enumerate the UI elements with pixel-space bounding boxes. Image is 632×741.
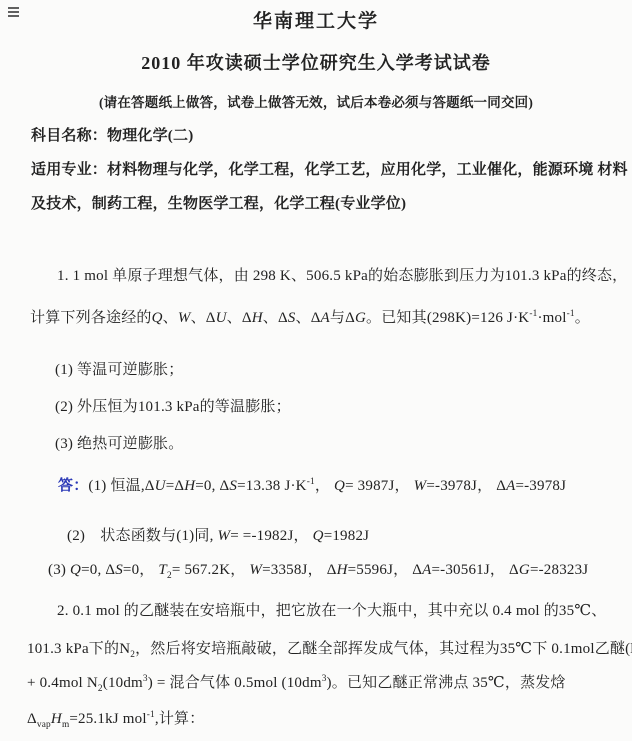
- university-title: 华南理工大学: [0, 10, 632, 34]
- question-2-text-line-1: 2. 0.1 mol 的乙醚装在安培瓶中，把它放在一个大瓶中，其中充以 0.4 …: [57, 602, 607, 621]
- question-1-item-2: (2) 外压恒为101.3 kPa的等温膨胀；: [55, 398, 291, 417]
- question-2-text-line-2: 101.3 kPa下的N2，然后将安培瓶敲破，乙醚全部挥发成气体，其过程为35℃…: [27, 640, 632, 659]
- exam-paper-page: 华南理工大学 2010 年攻读硕士学位研究生入学考试试卷 (请在答题纸上做答，试…: [0, 0, 632, 741]
- question-1-text-line-1: 1. 1 mol 单原子理想气体，由 298 K、506.5 kPa的始态膨胀到…: [57, 267, 627, 286]
- question-2-text-line-4: ΔvapHm=25.1kJ mol-1,计算：: [27, 710, 204, 729]
- question-1-item-3: (3) 绝热可逆膨胀。: [55, 435, 183, 454]
- question-1-text-line-2: 计算下列各途经的Q、W、ΔU、ΔH、ΔS、ΔA与ΔG。已知其(298K)=126…: [30, 309, 590, 328]
- question-1-item-1: (1) 等温可逆膨胀；: [55, 361, 183, 380]
- scan-artifact-mark: [8, 7, 19, 9]
- applicable-majors-line-1: 适用专业：材料物理与化学，化学工程，化学工艺，应用化学，工业催化，能源环境 材料: [31, 161, 628, 180]
- question-2-text-line-3: + 0.4mol N2(10dm3) = 混合气体 0.5mol (10dm3)…: [27, 674, 566, 693]
- exam-title: 2010 年攻读硕士学位研究生入学考试试卷: [0, 52, 632, 75]
- subject-name-line: 科目名称：物理化学(二): [31, 127, 193, 146]
- exam-notice: (请在答题纸上做答，试卷上做答无效，试后本卷必须与答题纸一同交回): [0, 95, 632, 112]
- question-1-answer-line-3: (3) Q=0, ΔS=0， T2= 567.2K， W=3358J， ΔH=5…: [48, 561, 588, 580]
- question-1-answer-line-2: (2) 状态函数与(1)同, W= =-1982J， Q=1982J: [67, 527, 369, 546]
- question-1-answer-line-1: 答：(1) 恒温,ΔU=ΔH=0, ΔS=13.38 J·K-1， Q= 398…: [58, 477, 566, 496]
- applicable-majors-line-2: 及技术，制药工程，生物医学工程，化学工程(专业学位): [31, 195, 406, 214]
